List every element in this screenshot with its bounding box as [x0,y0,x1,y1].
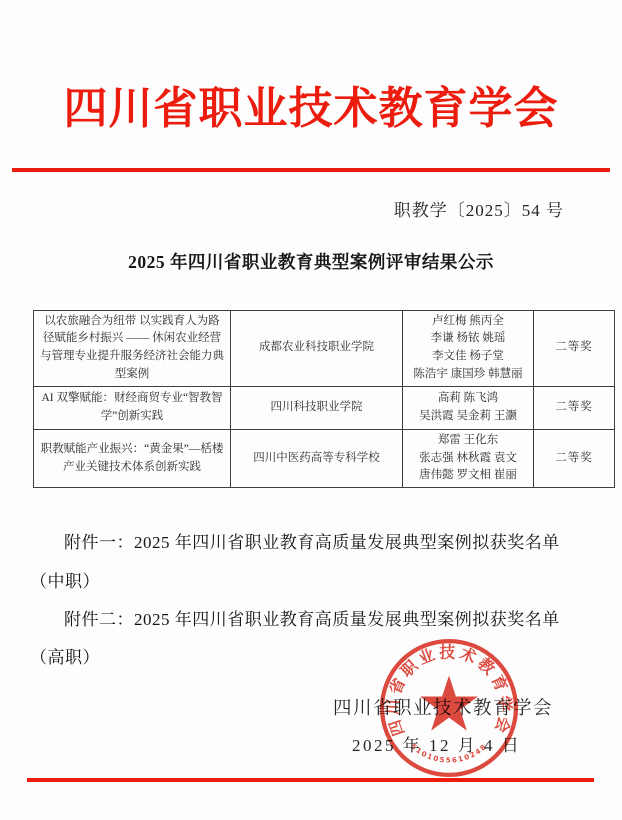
authors-cell: 高莉 陈飞鸿 吴洪霞 吴金莉 王灏 [403,386,534,429]
official-red-seal: 四川省职业技术教育学会 5101055610248 [377,636,521,780]
school-cell: 成都农业科技职业学院 [231,310,403,386]
case-title-cell: 职教赋能产业振兴：“黄金果”—栝楼产业关键技术体系创新实践 [34,429,231,487]
case-title-cell: AI 双擎赋能：财经商贸专业“智教智学”创新实践 [34,386,231,429]
authors-cell: 郑雷 王化东 张志强 林秋霞 袁文 唐伟懿 罗文相 崔丽 [403,429,534,487]
seal-number-text: 5101055610248 [409,742,489,765]
attachment-line-1: 附件一：2025 年四川省职业教育高质量发展典型案例拟获奖名单（中职） [30,524,594,601]
authors-cell: 卢红梅 熊丙全 李谦 杨铱 姚瑶 李文佳 杨子堂 陈浩宇 康国珍 韩慧丽 [403,310,534,386]
org-letterhead-title: 四川省职业技术教育学会 [0,0,622,140]
award-cell: 二等奖 [534,386,615,429]
letterhead-divider-rule [12,168,610,172]
results-table: 以农旅融合为纽带 以实践育人为路径赋能乡村振兴 —— 休闲农业经营与管理专业提升… [33,310,615,489]
school-cell: 四川中医药高等专科学校 [231,429,403,487]
document-title: 2025 年四川省职业教育典型案例评审结果公示 [0,249,622,274]
table-row: 以农旅融合为纽带 以实践育人为路径赋能乡村振兴 —— 休闲农业经营与管理专业提升… [34,310,615,386]
case-title-cell: 以农旅融合为纽带 以实践育人为路径赋能乡村振兴 —— 休闲农业经营与管理专业提升… [34,310,231,386]
document-page: 四川省职业技术教育学会 职教学〔2025〕54 号 2025 年四川省职业教育典… [0,0,622,820]
award-cell: 二等奖 [534,429,615,487]
seal-star-icon [420,676,478,731]
award-cell: 二等奖 [534,310,615,386]
table-row: AI 双擎赋能：财经商贸专业“智教智学”创新实践 四川科技职业学院 高莉 陈飞鸿… [34,386,615,429]
school-cell: 四川科技职业学院 [231,386,403,429]
document-number: 职教学〔2025〕54 号 [0,196,622,221]
footer-rule [27,778,594,782]
table-row: 职教赋能产业振兴：“黄金果”—栝楼产业关键技术体系创新实践 四川中医药高等专科学… [34,429,615,487]
